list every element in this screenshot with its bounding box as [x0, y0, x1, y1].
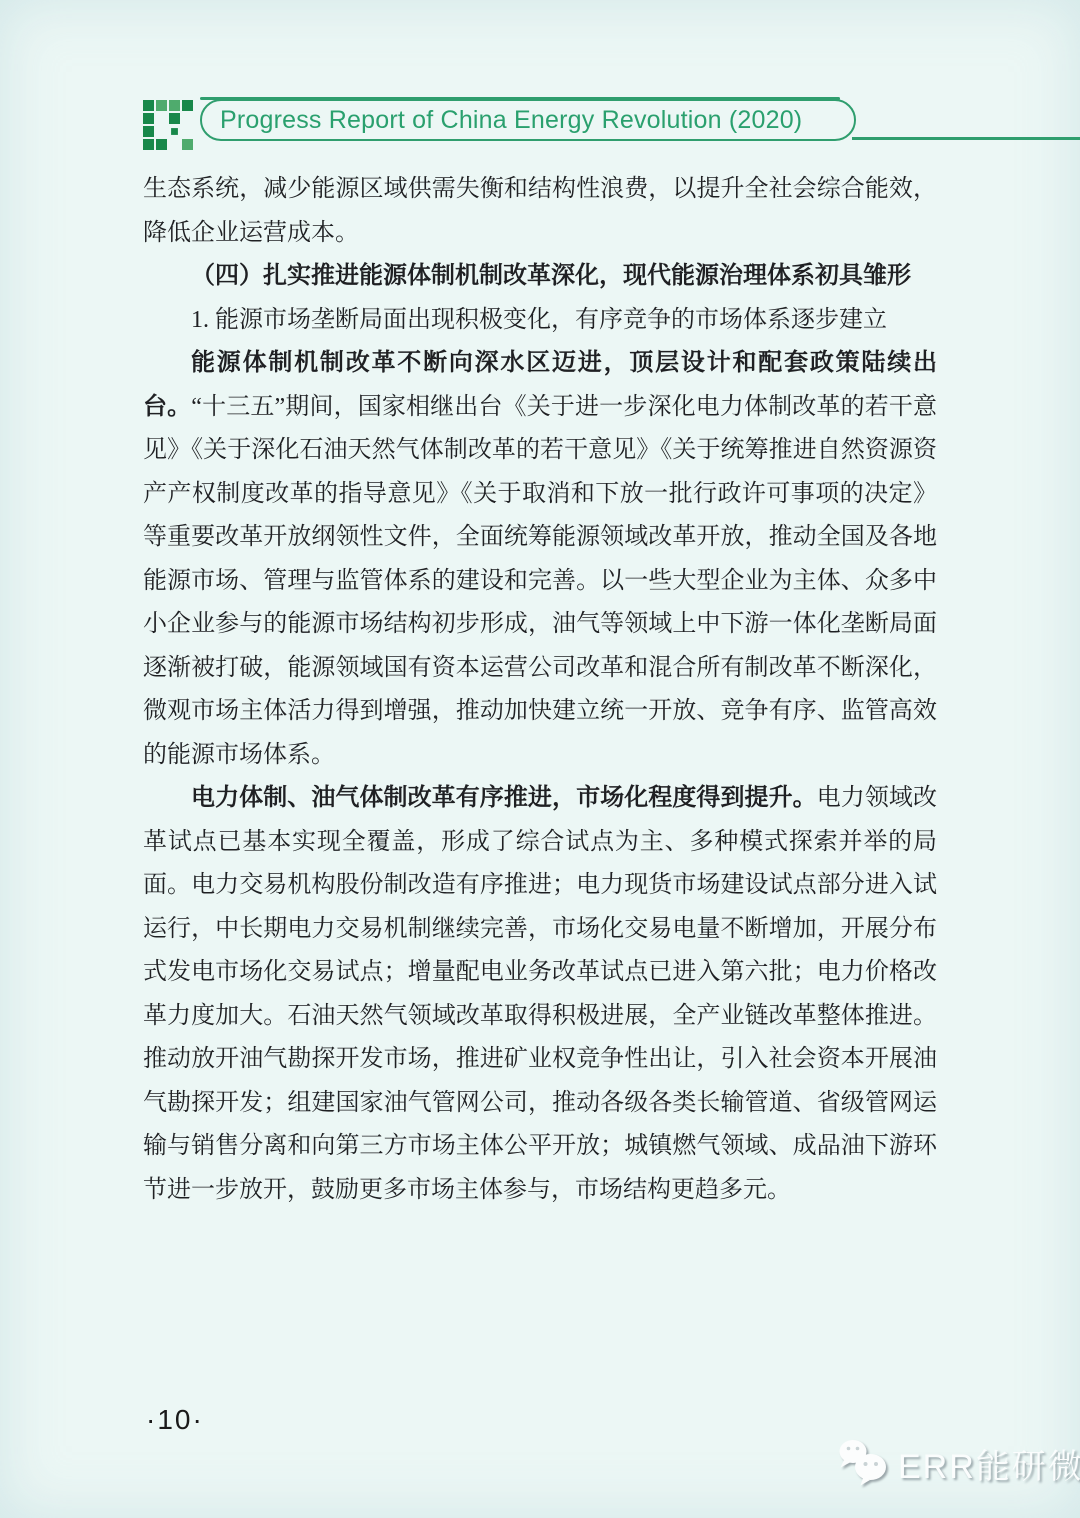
section-heading: （四）扎实推进能源体制机制改革深化，现代能源治理体系初具雏形	[143, 255, 937, 299]
watermark-text: ERR能研微讯	[898, 1439, 1080, 1488]
section-heading-text: （四）扎实推进能源体制机制改革深化，现代能源治理体系初具雏形	[191, 263, 911, 289]
paragraph-text: “十三五”期间，国家相继出台《关于进一步深化电力体制改革的若干意见》《关于深化石…	[143, 394, 937, 768]
intro-paragraph: 生态系统，减少能源区域供需失衡和结构性浪费，以提升全社会综合能效，降低企业运营成…	[143, 168, 937, 255]
document-body: 生态系统，减少能源区域供需失衡和结构性浪费，以提升全社会综合能效，降低企业运营成…	[143, 168, 937, 1212]
paragraph-power-oilgas-reform: 电力体制、油气体制改革有序推进，市场化程度得到提升。电力领域改革试点已基本实现全…	[143, 777, 937, 1212]
wechat-icon	[836, 1438, 890, 1488]
paragraph-market-reform: 能源体制机制改革不断向深水区迈进，顶层设计和配套政策陆续出台。“十三五”期间，国…	[143, 342, 937, 777]
paragraph-text: 电力领域改革试点已基本实现全覆盖，形成了综合试点为主、多种模式探索并举的局面。电…	[143, 785, 937, 1203]
page-number: ·10·	[146, 1404, 204, 1436]
paragraph-bold-lead: 电力体制、油气体制改革有序推进，市场化程度得到提升。	[191, 785, 817, 811]
header-rule-bottom	[852, 137, 1080, 140]
watermark: ERR能研微讯	[836, 1438, 1080, 1488]
subsection-heading: 1. 能源市场垄断局面出现积极变化，有序竞争的市场体系逐步建立	[143, 299, 937, 343]
brand-mosaic-icon	[143, 100, 193, 150]
subsection-heading-text: 1. 能源市场垄断局面出现积极变化，有序竞争的市场体系逐步建立	[191, 307, 887, 333]
intro-paragraph-text: 生态系统，减少能源区域供需失衡和结构性浪费，以提升全社会综合能效，降低企业运营成…	[143, 176, 937, 246]
document-page: Progress Report of China Energy Revoluti…	[0, 0, 1080, 1518]
header-title-capsule: Progress Report of China Energy Revoluti…	[200, 99, 856, 141]
report-title: Progress Report of China Energy Revoluti…	[220, 106, 802, 135]
